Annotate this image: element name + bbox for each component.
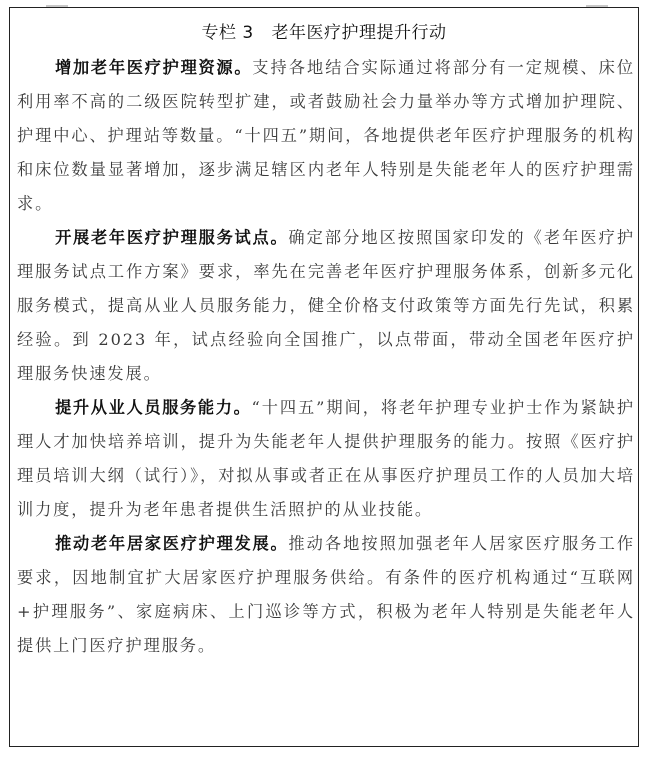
paragraph-pilot-program: 开展老年医疗护理服务试点。确定部分地区按照国家印发的《老年医疗护理服务试点工作方…	[17, 221, 635, 391]
paragraph-lead: 增加老年医疗护理资源。	[55, 58, 252, 77]
paragraph-body: 确定部分地区按照国家印发的《老年医疗护理服务试点工作方案》要求，率先在完善老年医…	[17, 228, 635, 383]
paragraph-lead: 开展老年医疗护理服务试点。	[55, 228, 288, 247]
paragraph-medical-care-resources: 增加老年医疗护理资源。支持各地结合实际通过将部分有一定规模、床位利用率不高的二级…	[17, 51, 635, 221]
box-content: 增加老年医疗护理资源。支持各地结合实际通过将部分有一定规模、床位利用率不高的二级…	[17, 51, 635, 663]
paragraph-home-care: 推动老年居家医疗护理发展。推动各地按照加强老年人居家医疗服务工作要求，因地制宜扩…	[17, 527, 635, 663]
paragraph-staff-capacity: 提升从业人员服务能力。“十四五”期间，将老年护理专业护士作为紧缺护理人才加快培养…	[17, 391, 635, 527]
sidebar-box: 专栏 3 老年医疗护理提升行动 增加老年医疗护理资源。支持各地结合实际通过将部分…	[9, 7, 639, 747]
box-title: 专栏 3 老年医疗护理提升行动	[10, 18, 638, 43]
paragraph-body: 支持各地结合实际通过将部分有一定规模、床位利用率不高的二级医院转型扩建，或者鼓励…	[17, 58, 635, 213]
paragraph-lead: 推动老年居家医疗护理发展。	[55, 534, 288, 553]
paragraph-lead: 提升从业人员服务能力。	[55, 398, 251, 417]
